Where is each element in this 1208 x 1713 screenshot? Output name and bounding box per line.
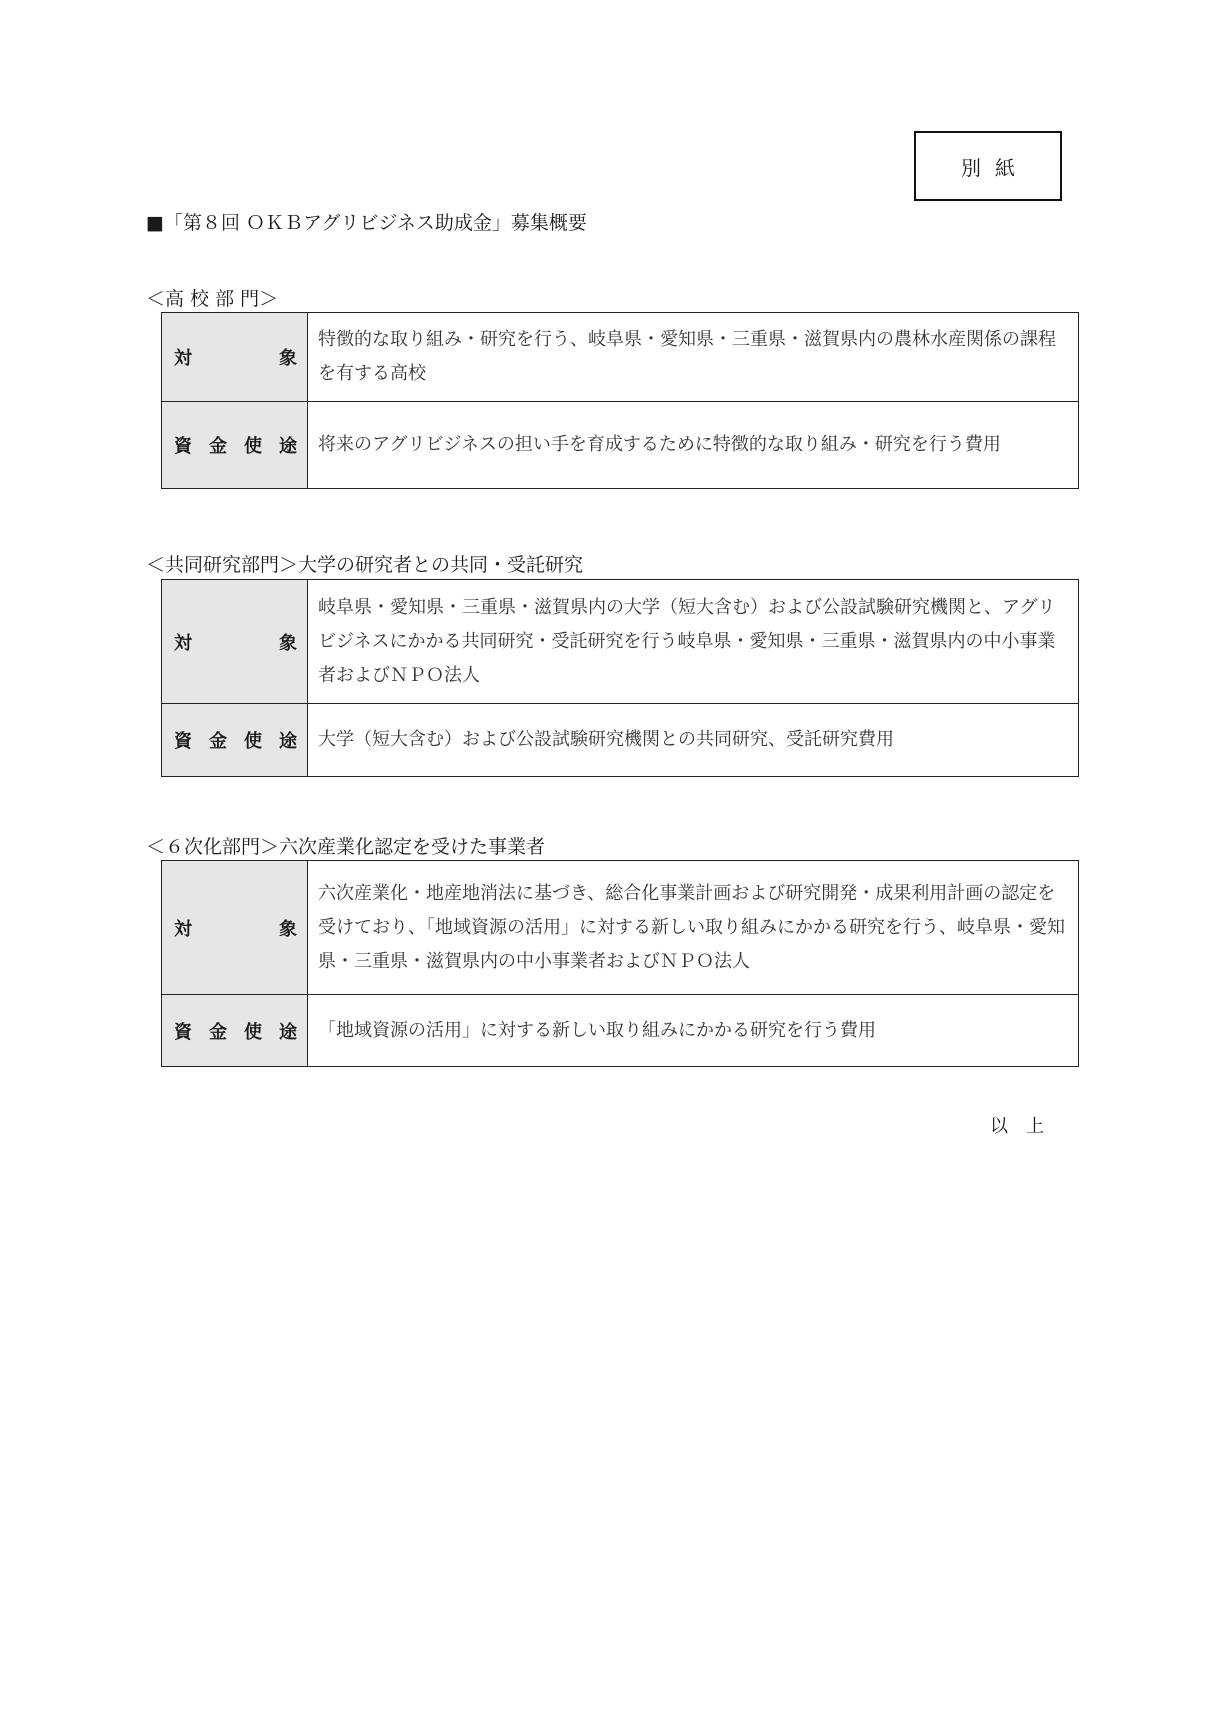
closing-remark: 以上 <box>990 1112 1062 1138</box>
label-fund-use: 資 金 使 途 <box>162 402 308 489</box>
label-target: 対 象 <box>162 861 308 995</box>
value-fund-use: 将来のアグリビジネスの担い手を育成するために特徴的な取り組み・研究を行う費用 <box>308 402 1079 489</box>
document-title: ■「第８回 ＯＫＢアグリビジネス助成金」募集概要 <box>146 208 587 235</box>
value-target: 六次産業化・地産地消法に基づき、総合化事業計画および研究開発・成果利用計画の認定… <box>308 861 1079 995</box>
table-row-target: 対 象 六次産業化・地産地消法に基づき、総合化事業計画および研究開発・成果利用計… <box>162 861 1079 995</box>
section-heading-sixth-industry: ＜６次化部門＞六次産業化認定を受けた事業者 <box>146 832 545 859</box>
label-fund-use: 資 金 使 途 <box>162 995 308 1067</box>
table-row-fund-use: 資 金 使 途 将来のアグリビジネスの担い手を育成するために特徴的な取り組み・研… <box>162 402 1079 489</box>
value-target: 岐阜県・愛知県・三重県・滋賀県内の大学（短大含む）および公設試験研究機関と、アグ… <box>308 580 1079 704</box>
sixth-industry-table: 対 象 六次産業化・地産地消法に基づき、総合化事業計画および研究開発・成果利用計… <box>161 860 1079 1067</box>
table-row-target: 対 象 岐阜県・愛知県・三重県・滋賀県内の大学（短大含む）および公設試験研究機関… <box>162 580 1079 704</box>
value-fund-use: 大学（短大含む）および公設試験研究機関との共同研究、受託研究費用 <box>308 704 1079 777</box>
table-row-fund-use: 資 金 使 途 「地域資源の活用」に対する新しい取り組みにかかる研究を行う費用 <box>162 995 1079 1067</box>
joint-research-table: 対 象 岐阜県・愛知県・三重県・滋賀県内の大学（短大含む）および公設試験研究機関… <box>161 579 1079 777</box>
label-target: 対 象 <box>162 580 308 704</box>
section-heading-joint-research: ＜共同研究部門＞大学の研究者との共同・受託研究 <box>146 550 583 577</box>
section-heading-high-school: ＜高 校 部 門＞ <box>146 284 278 311</box>
attachment-stamp-label: 別紙 <box>961 152 1029 181</box>
value-fund-use: 「地域資源の活用」に対する新しい取り組みにかかる研究を行う費用 <box>308 995 1079 1067</box>
attachment-stamp: 別紙 <box>914 131 1062 201</box>
table-row-fund-use: 資 金 使 途 大学（短大含む）および公設試験研究機関との共同研究、受託研究費用 <box>162 704 1079 777</box>
table-row-target: 対 象 特徴的な取り組み・研究を行う、岐阜県・愛知県・三重県・滋賀県内の農林水産… <box>162 313 1079 402</box>
label-fund-use: 資 金 使 途 <box>162 704 308 777</box>
value-target: 特徴的な取り組み・研究を行う、岐阜県・愛知県・三重県・滋賀県内の農林水産関係の課… <box>308 313 1079 402</box>
high-school-table: 対 象 特徴的な取り組み・研究を行う、岐阜県・愛知県・三重県・滋賀県内の農林水産… <box>161 312 1079 489</box>
label-target: 対 象 <box>162 313 308 402</box>
